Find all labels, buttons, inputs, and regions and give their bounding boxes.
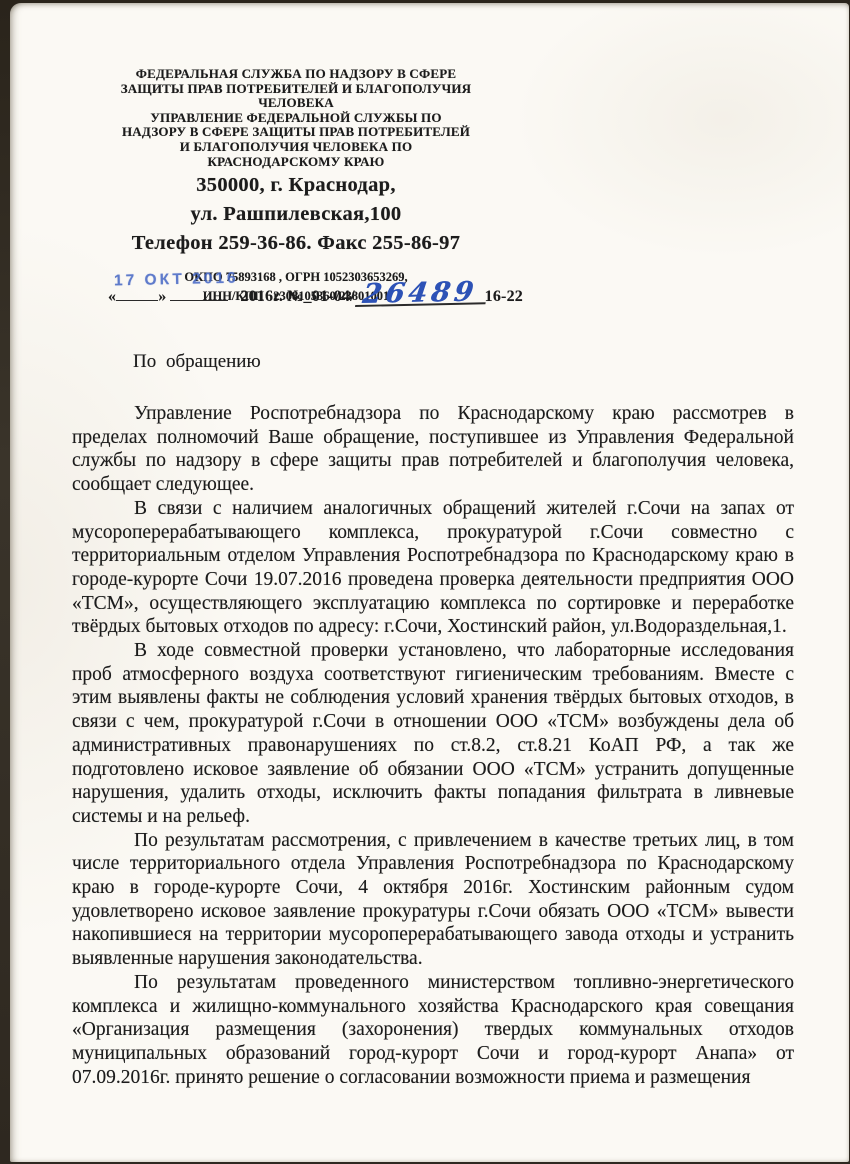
reference-year-number: 2016г. №_01-04/ xyxy=(240,288,354,305)
letterhead-address-line-1: 350000, г. Краснодар, xyxy=(110,173,482,198)
letterhead-org-line: КРАСНОДАРСКОМУ КРАЮ xyxy=(110,155,482,170)
letterhead-address-line-2: ул. Рашпилевская,100 xyxy=(110,202,482,227)
scanned-letter: ФЕДЕРАЛЬНАЯ СЛУЖБА ПО НАДЗОРУ В СФЕРЕ ЗА… xyxy=(0,0,850,1164)
letterhead-org-line: НАДЗОРУ В СФЕРЕ ЗАЩИТЫ ПРАВ ПОТРЕБИТЕЛЕЙ xyxy=(110,125,482,140)
body-paragraph: В ходе совместной проверки установлено, … xyxy=(72,639,794,829)
page-paper: ФЕДЕРАЛЬНАЯ СЛУЖБА ПО НАДЗОРУ В СФЕРЕ ЗА… xyxy=(10,3,849,1162)
reference-case-suffix: 16-22 xyxy=(485,288,523,305)
letter-body: Управление Роспотребнадзора по Краснодар… xyxy=(72,402,794,1089)
quote-close: » xyxy=(158,288,166,305)
body-paragraph: По результатам проведенного министерство… xyxy=(72,971,794,1090)
date-stamp: 17 ОКТ 2016 xyxy=(114,270,239,291)
letterhead-org-line: УПРАВЛЕНИЕ ФЕДЕРАЛЬНОЙ СЛУЖБЫ ПО xyxy=(110,111,482,126)
subject-line: По обращению xyxy=(133,351,261,373)
reference-line: 17 ОКТ 2016 «»2016г. №_01-04/2648916-22 xyxy=(108,284,523,306)
handwritten-outgoing-number: 26489 xyxy=(355,283,488,307)
letterhead-phone-fax: Телефон 259-36-86. Факс 255-86-97 xyxy=(110,231,482,256)
letterhead-org-line: ФЕДЕРАЛЬНАЯ СЛУЖБА ПО НАДЗОРУ В СФЕРЕ xyxy=(110,67,482,82)
letterhead-org-line: ЗАЩИТЫ ПРАВ ПОТРЕБИТЕЛЕЙ И БЛАГОПОЛУЧИЯ xyxy=(110,82,482,97)
letterhead-org-line: ЧЕЛОВЕКА xyxy=(110,96,482,111)
body-paragraph: Управление Роспотребнадзора по Краснодар… xyxy=(72,402,794,497)
quote-open: « xyxy=(108,288,116,305)
body-paragraph: По результатам рассмотрения, с привлечен… xyxy=(72,829,794,971)
body-paragraph: В связи с наличием аналогичных обращений… xyxy=(72,497,794,639)
letterhead-org-line: И БЛАГОПОЛУЧИЯ ЧЕЛОВЕКА ПО xyxy=(110,140,482,155)
